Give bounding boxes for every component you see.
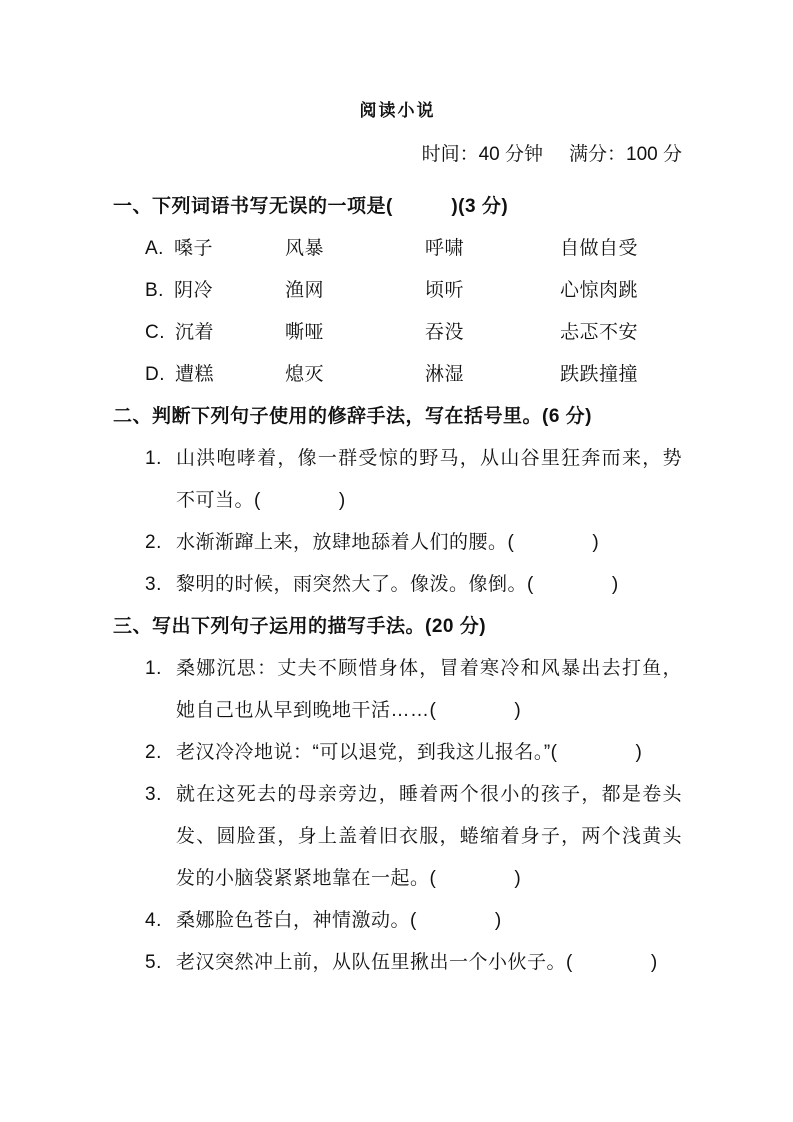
option-a-word1: A.嗓子 [145,228,285,270]
option-row-b: B.阴冷 渔网 顷听 心惊肉跳 [145,270,682,312]
item-number: 3. [145,774,176,900]
option-row-c: C.沉着 嘶哑 吞没 忐忑不安 [145,312,682,354]
option-b-label: B. [145,270,164,312]
option-c-word2: 嘶哑 [285,312,425,354]
section2-item-1: 1. 山洪咆哮着，像一群受惊的野马，从山谷里狂奔而来，势不可当。( ) [145,438,682,522]
test-paper-page: 阅读小说 时间：40 分钟满分：100 分 一、下列词语书写无误的一项是( )(… [0,0,793,1122]
meta-time: 时间：40 分钟 [422,144,543,165]
item-text: 山洪咆哮着，像一群受惊的野马，从山谷里狂奔而来，势不可当。( ) [176,438,682,522]
item-number: 2. [145,732,176,774]
option-b-word3: 顷听 [425,270,560,312]
option-a-word4: 自做自受 [560,228,682,270]
section3-heading: 三、写出下列句子运用的描写手法。(20 分) [113,606,682,648]
section2-item-3: 3. 黎明的时候，雨突然大了。像泼。像倒。( ) [145,564,682,606]
item-number: 2. [145,522,176,564]
page-title: 阅读小说 [113,96,682,126]
item-text: 桑娜脸色苍白，神情激动。( ) [176,900,682,942]
option-a-word3: 呼啸 [425,228,560,270]
item-text: 老汉冷冷地说：“可以退党，到我这儿报名。”( ) [176,732,682,774]
option-c-word1: C.沉着 [145,312,285,354]
option-b-word2: 渔网 [285,270,425,312]
section2-items: 1. 山洪咆哮着，像一群受惊的野马，从山谷里狂奔而来，势不可当。( ) 2. 水… [113,438,682,606]
item-number: 1. [145,438,176,522]
option-a-word2: 风暴 [285,228,425,270]
item-number: 3. [145,564,176,606]
option-b-word1-text: 阴冷 [174,280,213,301]
option-d-word1: D.遭糕 [145,354,285,396]
option-a-label: A. [145,228,164,270]
item-number: 1. [145,648,176,732]
section3-item-3: 3. 就在这死去的母亲旁边，睡着两个很小的孩子，都是卷头发、圆脸蛋，身上盖着旧衣… [145,774,682,900]
section3-item-4: 4. 桑娜脸色苍白，神情激动。( ) [145,900,682,942]
section1-options: A.嗓子 风暴 呼啸 自做自受 B.阴冷 渔网 顷听 心惊肉跳 C.沉着 嘶哑 … [113,228,682,396]
section2-item-2: 2. 水渐渐蹿上来，放肆地舔着人们的腰。( ) [145,522,682,564]
section1-heading: 一、下列词语书写无误的一项是( )(3 分) [113,186,682,228]
option-c-word3: 吞没 [425,312,560,354]
item-text: 黎明的时候，雨突然大了。像泼。像倒。( ) [176,564,682,606]
test-meta: 时间：40 分钟满分：100 分 [113,140,682,170]
item-text: 水渐渐蹿上来，放肆地舔着人们的腰。( ) [176,522,682,564]
item-text: 就在这死去的母亲旁边，睡着两个很小的孩子，都是卷头发、圆脸蛋，身上盖着旧衣服，蜷… [176,774,682,900]
meta-score: 满分：100 分 [569,144,682,165]
option-d-word2: 熄灭 [285,354,425,396]
section3-item-1: 1. 桑娜沉思：丈夫不顾惜身体，冒着寒冷和风暴出去打鱼，她自己也从早到晚地干活…… [145,648,682,732]
item-text: 老汉突然冲上前，从队伍里揪出一个小伙子。( ) [176,942,682,984]
option-d-word1-text: 遭糕 [175,364,214,385]
item-number: 4. [145,900,176,942]
option-b-word4: 心惊肉跳 [560,270,682,312]
item-text: 桑娜沉思：丈夫不顾惜身体，冒着寒冷和风暴出去打鱼，她自己也从早到晚地干活……( … [176,648,682,732]
section3-item-5: 5. 老汉突然冲上前，从队伍里揪出一个小伙子。( ) [145,942,682,984]
option-row-a: A.嗓子 风暴 呼啸 自做自受 [145,228,682,270]
item-number: 5. [145,942,176,984]
section2-heading: 二、判断下列句子使用的修辞手法，写在括号里。(6 分) [113,396,682,438]
option-d-word4: 跌跌撞撞 [560,354,682,396]
option-c-label: C. [145,312,165,354]
option-c-word4: 忐忑不安 [560,312,682,354]
section3-items: 1. 桑娜沉思：丈夫不顾惜身体，冒着寒冷和风暴出去打鱼，她自己也从早到晚地干活…… [113,648,682,984]
section3-item-2: 2. 老汉冷冷地说：“可以退党，到我这儿报名。”( ) [145,732,682,774]
option-row-d: D.遭糕 熄灭 淋湿 跌跌撞撞 [145,354,682,396]
option-d-label: D. [145,354,165,396]
option-c-word1-text: 沉着 [175,322,214,343]
option-a-word1-text: 嗓子 [174,238,213,259]
option-b-word1: B.阴冷 [145,270,285,312]
option-d-word3: 淋湿 [425,354,560,396]
